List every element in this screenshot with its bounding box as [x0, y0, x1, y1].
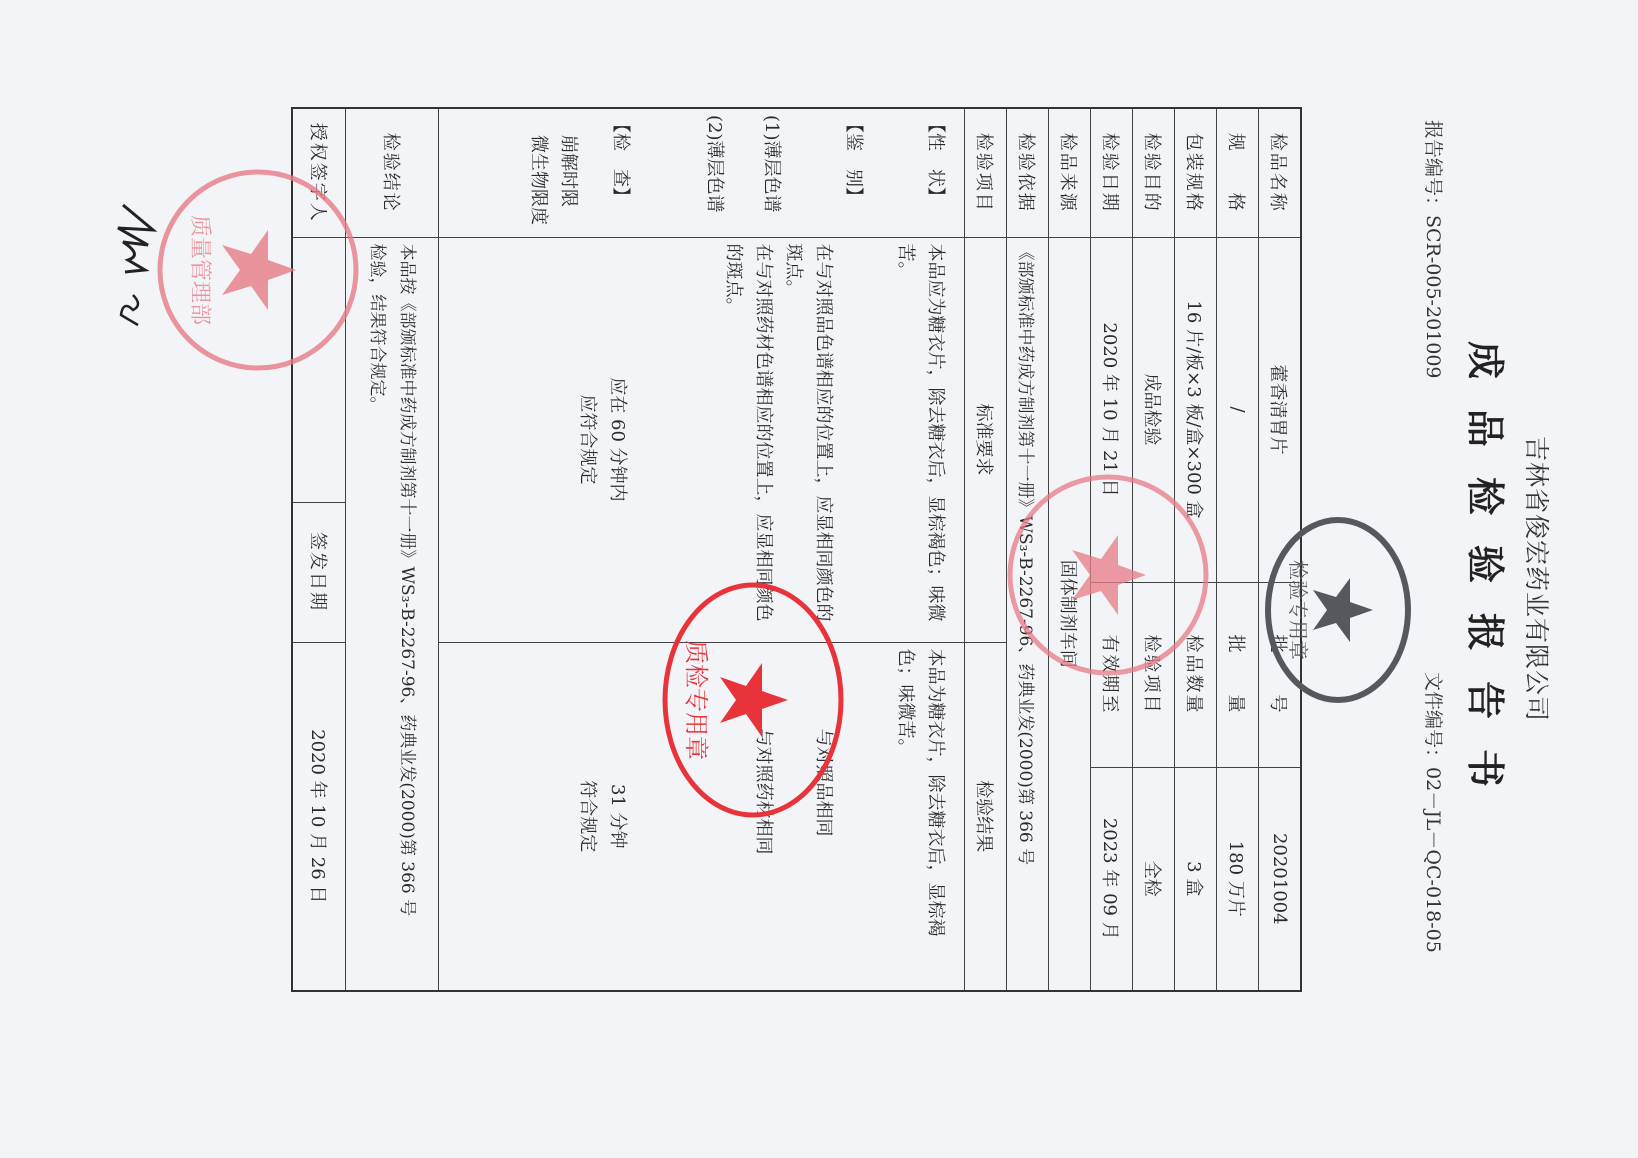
- product-name-label: 检品名称: [1259, 108, 1302, 237]
- company-name: 吉林省俊宏药业有限公司: [1520, 0, 1556, 1158]
- row-source: 检品来源 固体制剂车间: [1049, 108, 1091, 991]
- purpose-value: 成品检验: [1133, 237, 1175, 582]
- issue-date-label: 签发日期: [292, 502, 346, 642]
- results-result-header: 检验结果: [965, 642, 1007, 991]
- results-standard-header: 标准要求: [965, 237, 1007, 642]
- spec-value: /: [1217, 237, 1259, 582]
- issue-date-value: 2020 年 10 月 26 日: [292, 642, 346, 991]
- expiry-label: 有效期至: [1091, 582, 1133, 767]
- row-basis: 检验依据 《部颁标准中药成方制剂第十一册》WS₃-B-2267-96、药典业发(…: [1007, 108, 1049, 991]
- handwritten-signature: [103, 200, 163, 340]
- file-number: 文件编号：02－JL－QC-018-05: [1421, 672, 1448, 953]
- row-signature: 授权签字人 签发日期 2020 年 10 月 26 日: [292, 108, 346, 991]
- basis-label: 检验依据: [1007, 108, 1049, 237]
- spec-label: 规 格: [1217, 108, 1259, 237]
- report-number: 报告编号：SCR-005-201009: [1421, 120, 1448, 379]
- row-results-header: 检验项目 标准要求 检验结果: [965, 108, 1007, 991]
- row-package: 包装规格 16 片/板×3 板/盒×300 盒 检品数量 3 盒: [1175, 108, 1217, 991]
- row-purpose: 检验目的 成品检验 检验项目 全检: [1133, 108, 1175, 991]
- batch-label: 批 号: [1259, 582, 1302, 767]
- test-items-column: 【性 状】 【鉴 别】 (1)薄层色谱 (2)薄层色谱 【检 查】 崩解时限 微…: [439, 108, 965, 237]
- date-value: 2020 年 10 月 21 日: [1091, 237, 1133, 582]
- expiry-value: 2023 年 09 月: [1091, 767, 1133, 991]
- date-label: 检验日期: [1091, 108, 1133, 237]
- sample-qty-value: 3 盒: [1175, 767, 1217, 991]
- test-results-column: 本品为糖衣片，除去糖衣后，显棕褐 色；味微苦。 与对照品相同 与对照药材相同 3…: [439, 642, 965, 991]
- report-table: 检品名称 藿香清胃片 批 号 20201004 规 格 / 批 量 180 万片…: [291, 107, 1302, 992]
- basis-value: 《部颁标准中药成方制剂第十一册》WS₃-B-2267-96、药典业发(2000)…: [1007, 237, 1049, 991]
- batch-qty-label: 批 量: [1217, 582, 1259, 767]
- row-test-sections: 【性 状】 【鉴 别】 (1)薄层色谱 (2)薄层色谱 【检 查】 崩解时限 微…: [439, 108, 965, 991]
- source-label: 检品来源: [1049, 108, 1091, 237]
- package-label: 包装规格: [1175, 108, 1217, 237]
- items-label: 检验项目: [1133, 582, 1175, 767]
- row-product: 检品名称 藿香清胃片 批 号 20201004: [1259, 108, 1302, 991]
- conclusion-label: 检验结论: [346, 108, 439, 237]
- signer-signature-cell: [292, 237, 346, 502]
- batch-qty-value: 180 万片: [1217, 767, 1259, 991]
- sample-qty-label: 检品数量: [1175, 582, 1217, 767]
- conclusion-value: 本品按《部颁标准中药成方制剂第十一册》WS₃-B-2267-96、药典业发(20…: [346, 237, 439, 991]
- row-spec: 规 格 / 批 量 180 万片: [1217, 108, 1259, 991]
- test-standards-column: 本品应为糖衣片，除去糖衣后，显棕褐色；味微 苦。 在与对照品色谱相应的位置上，应…: [439, 237, 965, 642]
- items-value: 全检: [1133, 767, 1175, 991]
- report-title: 成品检验报告书: [1461, 0, 1516, 1158]
- svg-text:质量管理部: 质量管理部: [187, 215, 212, 325]
- signer-label: 授权签字人: [292, 108, 346, 237]
- package-value: 16 片/板×3 板/盒×300 盒: [1175, 237, 1217, 582]
- results-item-header: 检验项目: [965, 108, 1007, 237]
- row-date: 检验日期 2020 年 10 月 21 日 有效期至 2023 年 09 月: [1091, 108, 1133, 991]
- source-value: 固体制剂车间: [1049, 237, 1091, 991]
- purpose-label: 检验目的: [1133, 108, 1175, 237]
- product-name-value: 藿香清胃片: [1259, 237, 1302, 582]
- inspection-report-page: 吉林省俊宏药业有限公司 成品检验报告书 报告编号：SCR-005-201009 …: [0, 0, 1638, 1158]
- batch-value: 20201004: [1259, 767, 1302, 991]
- row-conclusion: 检验结论 本品按《部颁标准中药成方制剂第十一册》WS₃-B-2267-96、药典…: [346, 108, 439, 991]
